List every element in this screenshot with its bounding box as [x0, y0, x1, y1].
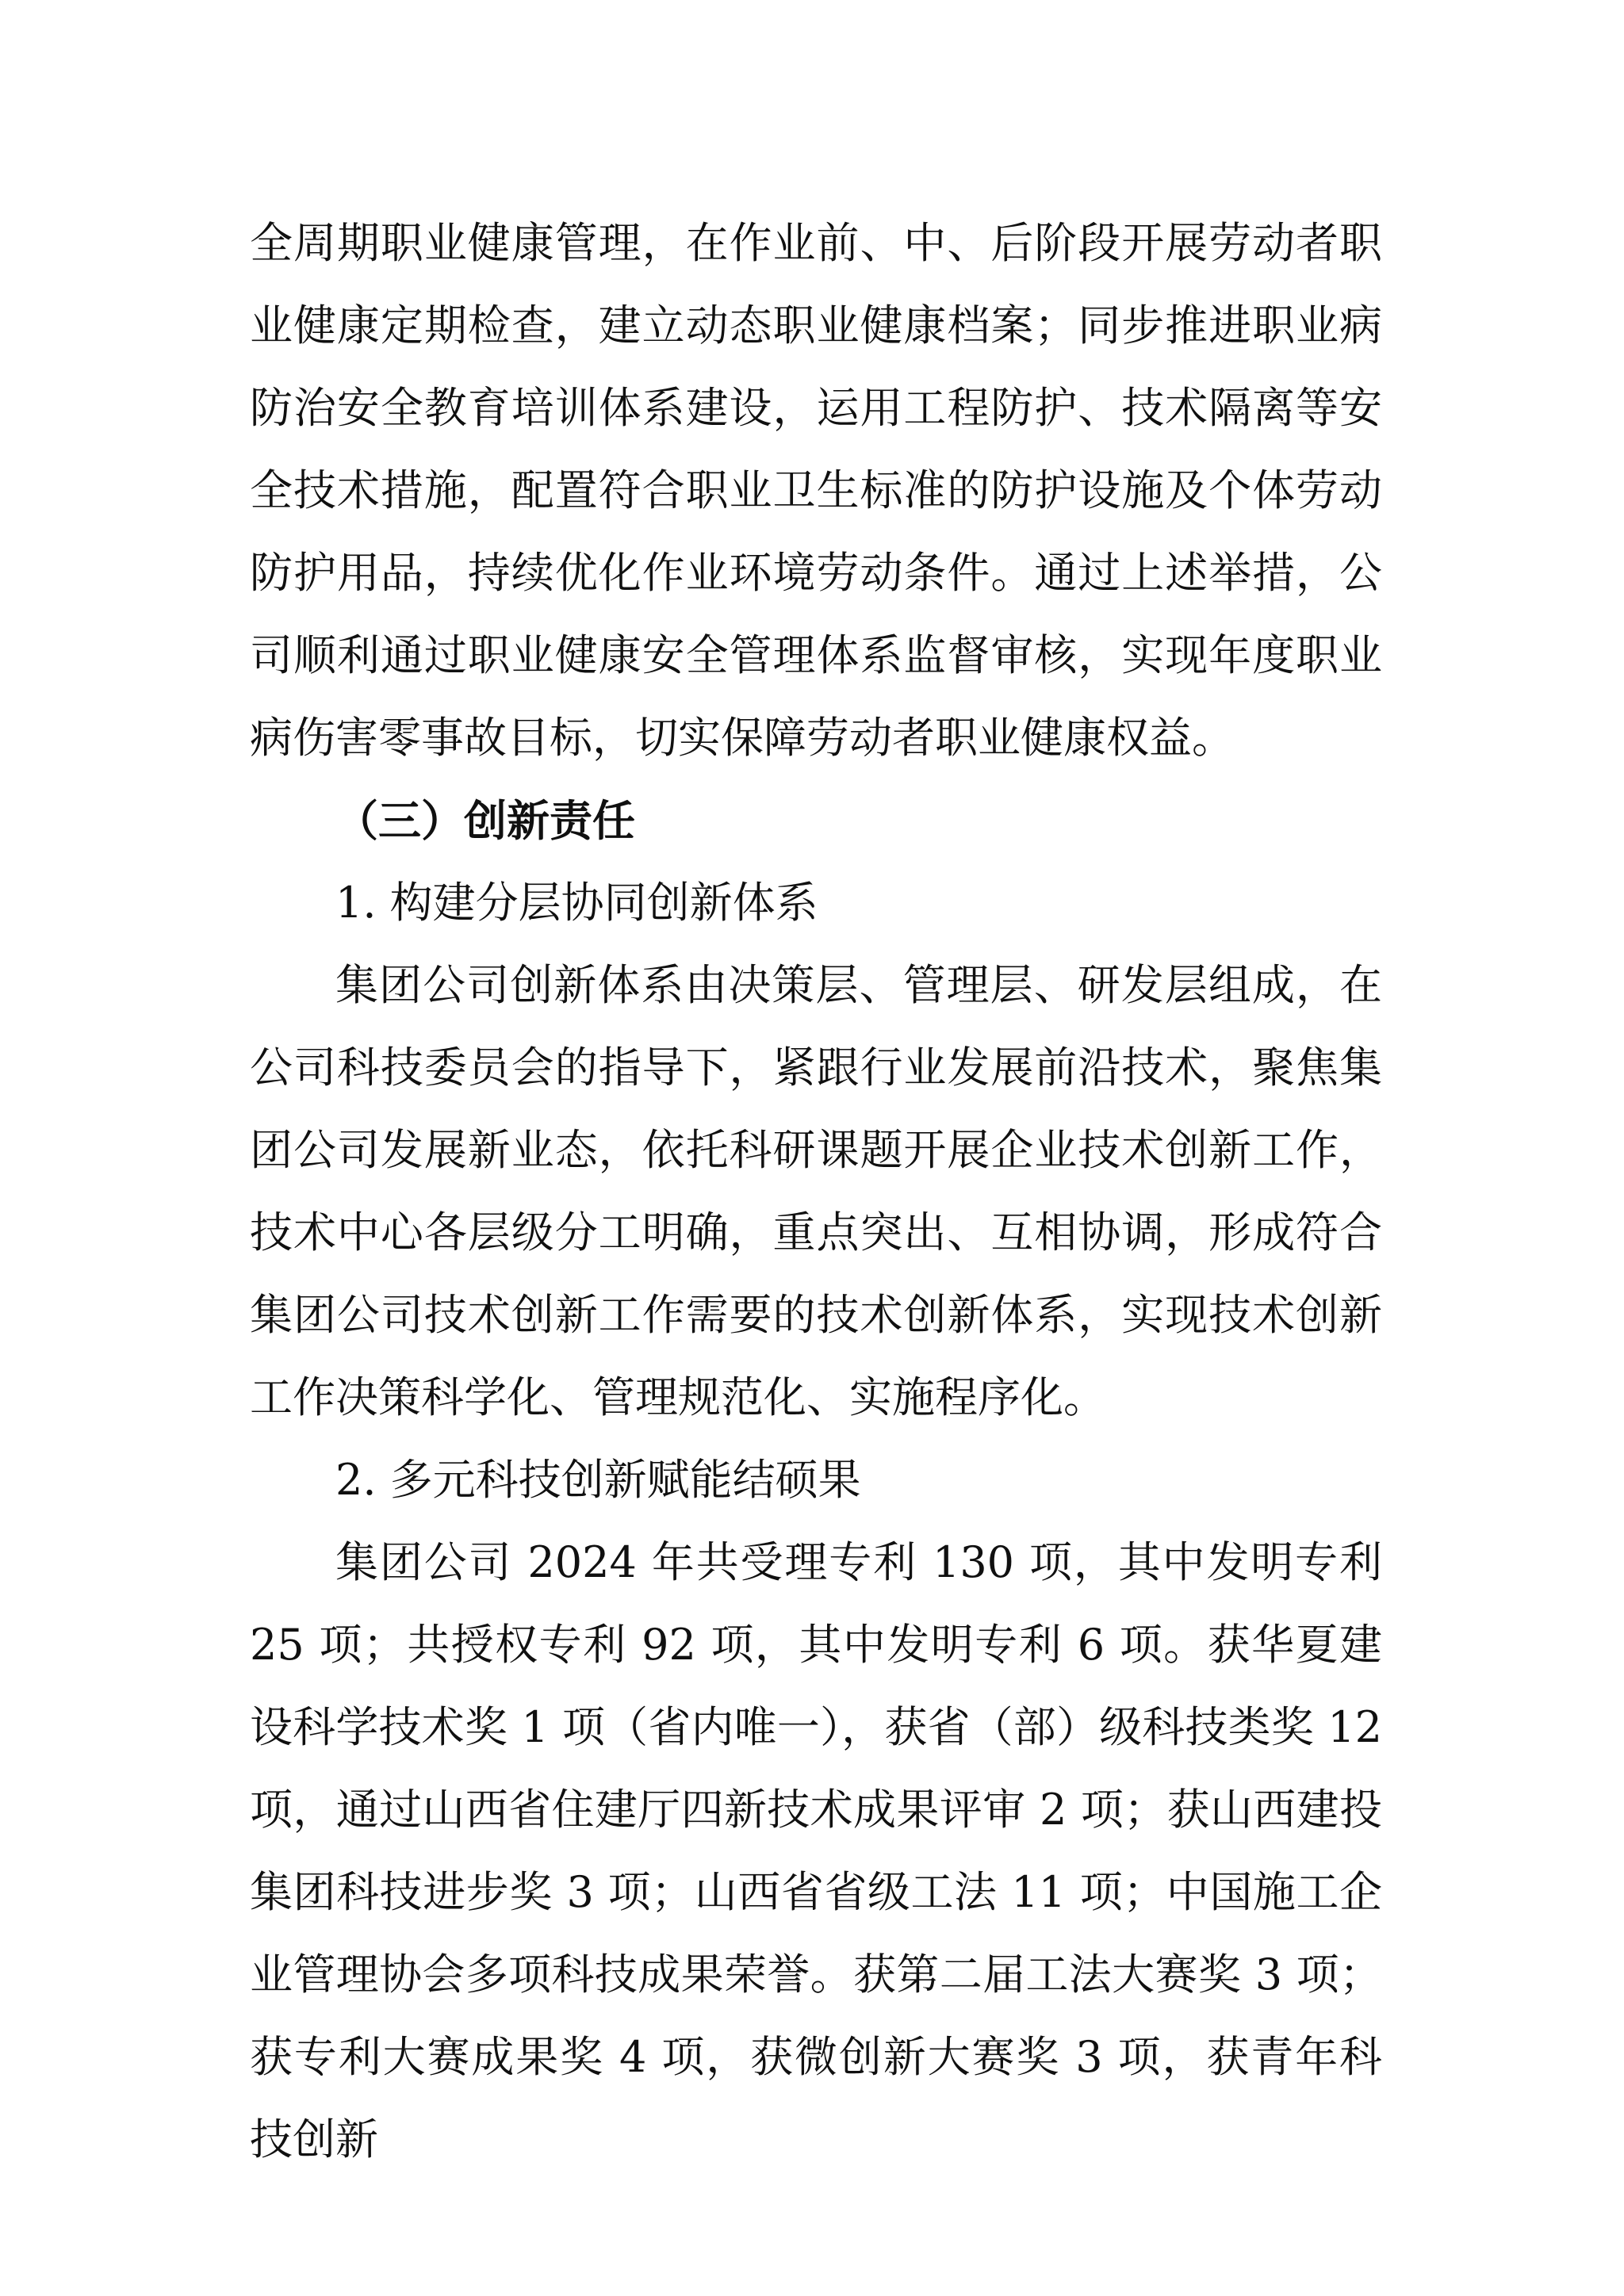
paragraph-occupational-health-continuation: 全周期职业健康管理，在作业前、中、后阶段开展劳动者职业健康定期检查，建立动态职业…	[250, 202, 1382, 779]
section-heading-innovation-responsibility: （三）创新责任	[250, 779, 1382, 862]
paragraph-innovation-system-description: 集团公司创新体系由决策层、管理层、研发层组成，在公司科技委员会的指导下，紧跟行业…	[250, 944, 1382, 1439]
subheading-2-scitech-innovation-results: 2. 多元科技创新赋能结硕果	[250, 1439, 1382, 1521]
document-body: 全周期职业健康管理，在作业前、中、后阶段开展劳动者职业健康定期检查，建立动态职业…	[250, 202, 1382, 2181]
subheading-1-layered-innovation-system: 1. 构建分层协同创新体系	[250, 862, 1382, 944]
paragraph-patent-and-award-achievements: 集团公司 2024 年共受理专利 130 项，其中发明专利 25 项；共授权专利…	[250, 1521, 1382, 2181]
document-page: 全周期职业健康管理，在作业前、中、后阶段开展劳动者职业健康定期检查，建立动态职业…	[0, 0, 1624, 2296]
